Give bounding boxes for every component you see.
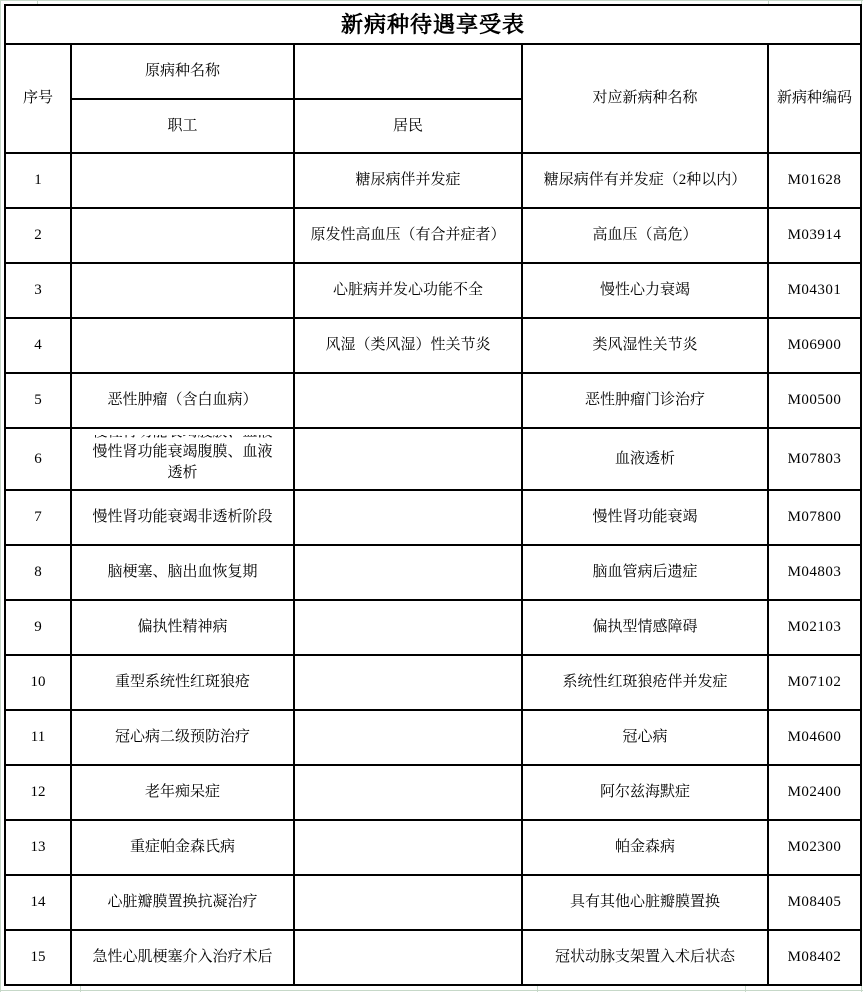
cell-resident xyxy=(294,710,522,765)
cell-new-name: 糖尿病伴有并发症（2种以内） xyxy=(522,153,768,208)
cell-new-name: 偏执型情感障碍 xyxy=(522,600,768,655)
cell-serial: 7 xyxy=(5,490,71,545)
col-header-resident: 居民 xyxy=(294,99,522,153)
cell-employee: 恶性肿瘤（含白血病） xyxy=(71,373,294,428)
header-empty-cell xyxy=(294,44,522,99)
col-header-employee: 职工 xyxy=(71,99,294,153)
cell-new-name: 阿尔兹海默症 xyxy=(522,765,768,820)
cell-code: M04301 xyxy=(768,263,861,318)
cell-new-name: 血液透析 xyxy=(522,428,768,490)
cell-code: M02400 xyxy=(768,765,861,820)
cell-new-name: 具有其他心脏瓣膜置换 xyxy=(522,875,768,930)
table-row: 5 恶性肿瘤（含白血病） 恶性肿瘤门诊治疗 M00500 xyxy=(5,373,861,428)
cell-resident: 风湿（类风湿）性关节炎 xyxy=(294,318,522,373)
cell-employee xyxy=(71,153,294,208)
col-header-original: 原病种名称 xyxy=(71,44,294,99)
cell-new-name: 系统性红斑狼疮伴并发症 xyxy=(522,655,768,710)
cell-serial: 13 xyxy=(5,820,71,875)
cell-code: M04600 xyxy=(768,710,861,765)
table-row: 2 原发性高血压（有合并症者） 高血压（高危） M03914 xyxy=(5,208,861,263)
cell-new-name: 慢性肾功能衰竭 xyxy=(522,490,768,545)
cell-new-name: 类风湿性关节炎 xyxy=(522,318,768,373)
cell-resident xyxy=(294,820,522,875)
table-row: 11 冠心病二级预防治疗 冠心病 M04600 xyxy=(5,710,861,765)
cell-code: M07803 xyxy=(768,428,861,490)
cell-new-name: 脑血管病后遗症 xyxy=(522,545,768,600)
cell-employee: 脑梗塞、脑出血恢复期 xyxy=(71,545,294,600)
benefit-table: 新病种待遇享受表 序号 原病种名称 对应新病种名称 新病种编码 职工 居民 1 … xyxy=(4,4,862,986)
table-row: 1 糖尿病伴并发症 糖尿病伴有并发症（2种以内） M01628 xyxy=(5,153,861,208)
cell-resident xyxy=(294,600,522,655)
cell-new-name: 高血压（高危） xyxy=(522,208,768,263)
cell-code: M01628 xyxy=(768,153,861,208)
table-row: 4 风湿（类风湿）性关节炎 类风湿性关节炎 M06900 xyxy=(5,318,861,373)
table-title: 新病种待遇享受表 xyxy=(5,5,861,44)
cell-serial: 15 xyxy=(5,930,71,985)
cell-employee: 冠心病二级预防治疗 xyxy=(71,710,294,765)
cell-resident xyxy=(294,545,522,600)
cell-employee: 心脏瓣膜置换抗凝治疗 xyxy=(71,875,294,930)
cell-serial: 6 xyxy=(5,428,71,490)
gridline-left xyxy=(0,0,1,992)
cell-code: M06900 xyxy=(768,318,861,373)
gridline-top xyxy=(0,0,863,1)
cell-serial: 1 xyxy=(5,153,71,208)
cell-employee: 慢性肾功能衰竭腹膜、血液 慢性肾功能衰竭腹膜、血液透析 xyxy=(71,428,294,490)
cell-new-name: 慢性心力衰竭 xyxy=(522,263,768,318)
table-row: 8 脑梗塞、脑出血恢复期 脑血管病后遗症 M04803 xyxy=(5,545,861,600)
cell-code: M07800 xyxy=(768,490,861,545)
cell-employee: 重症帕金森氏病 xyxy=(71,820,294,875)
cell-code: M00500 xyxy=(768,373,861,428)
table-row: 7 慢性肾功能衰竭非透析阶段 慢性肾功能衰竭 M07800 xyxy=(5,490,861,545)
cell-resident: 心脏病并发心功能不全 xyxy=(294,263,522,318)
table-row: 6 慢性肾功能衰竭腹膜、血液 慢性肾功能衰竭腹膜、血液透析 血液透析 M0780… xyxy=(5,428,861,490)
cell-serial: 3 xyxy=(5,263,71,318)
table-row: 12 老年痴呆症 阿尔兹海默症 M02400 xyxy=(5,765,861,820)
cell-resident xyxy=(294,655,522,710)
cell-serial: 2 xyxy=(5,208,71,263)
table-row: 15 急性心肌梗塞介入治疗术后 冠状动脉支架置入术后状态 M08402 xyxy=(5,930,861,985)
cell-resident: 原发性高血压（有合并症者） xyxy=(294,208,522,263)
cell-resident xyxy=(294,930,522,985)
table-row: 13 重症帕金森氏病 帕金森病 M02300 xyxy=(5,820,861,875)
cell-code: M02103 xyxy=(768,600,861,655)
cell-employee xyxy=(71,208,294,263)
gridline-bottom xyxy=(0,990,863,991)
cell-employee: 重型系统性红斑狼疮 xyxy=(71,655,294,710)
cell-serial: 11 xyxy=(5,710,71,765)
cell-resident xyxy=(294,875,522,930)
cell-serial: 8 xyxy=(5,545,71,600)
cell-employee-text: 慢性肾功能衰竭腹膜、血液透析 xyxy=(90,442,275,484)
cell-resident xyxy=(294,373,522,428)
table-row: 14 心脏瓣膜置换抗凝治疗 具有其他心脏瓣膜置换 M08405 xyxy=(5,875,861,930)
col-header-serial: 序号 xyxy=(5,44,71,153)
cell-employee: 慢性肾功能衰竭非透析阶段 xyxy=(71,490,294,545)
cell-code: M04803 xyxy=(768,545,861,600)
clipped-overflow-text: 慢性肾功能衰竭腹膜、血液 xyxy=(74,435,291,442)
cell-new-name: 冠心病 xyxy=(522,710,768,765)
cell-serial: 4 xyxy=(5,318,71,373)
col-header-new-name: 对应新病种名称 xyxy=(522,44,768,153)
cell-new-name: 帕金森病 xyxy=(522,820,768,875)
cell-employee: 急性心肌梗塞介入治疗术后 xyxy=(71,930,294,985)
cell-code: M02300 xyxy=(768,820,861,875)
cell-employee xyxy=(71,263,294,318)
table-row: 3 心脏病并发心功能不全 慢性心力衰竭 M04301 xyxy=(5,263,861,318)
cell-resident xyxy=(294,428,522,490)
cell-serial: 9 xyxy=(5,600,71,655)
cell-serial: 14 xyxy=(5,875,71,930)
cell-serial: 10 xyxy=(5,655,71,710)
cell-serial: 12 xyxy=(5,765,71,820)
cell-code: M08405 xyxy=(768,875,861,930)
cell-employee: 偏执性精神病 xyxy=(71,600,294,655)
table-row: 9 偏执性精神病 偏执型情感障碍 M02103 xyxy=(5,600,861,655)
cell-resident: 糖尿病伴并发症 xyxy=(294,153,522,208)
table-row: 10 重型系统性红斑狼疮 系统性红斑狼疮伴并发症 M07102 xyxy=(5,655,861,710)
cell-resident xyxy=(294,490,522,545)
cell-code: M03914 xyxy=(768,208,861,263)
cell-employee xyxy=(71,318,294,373)
spreadsheet-page: 新病种待遇享受表 序号 原病种名称 对应新病种名称 新病种编码 职工 居民 1 … xyxy=(0,0,863,992)
cell-new-name: 恶性肿瘤门诊治疗 xyxy=(522,373,768,428)
col-header-new-code: 新病种编码 xyxy=(768,44,861,153)
cell-serial: 5 xyxy=(5,373,71,428)
cell-new-name: 冠状动脉支架置入术后状态 xyxy=(522,930,768,985)
cell-employee: 老年痴呆症 xyxy=(71,765,294,820)
cell-resident xyxy=(294,765,522,820)
cell-code: M07102 xyxy=(768,655,861,710)
cell-code: M08402 xyxy=(768,930,861,985)
